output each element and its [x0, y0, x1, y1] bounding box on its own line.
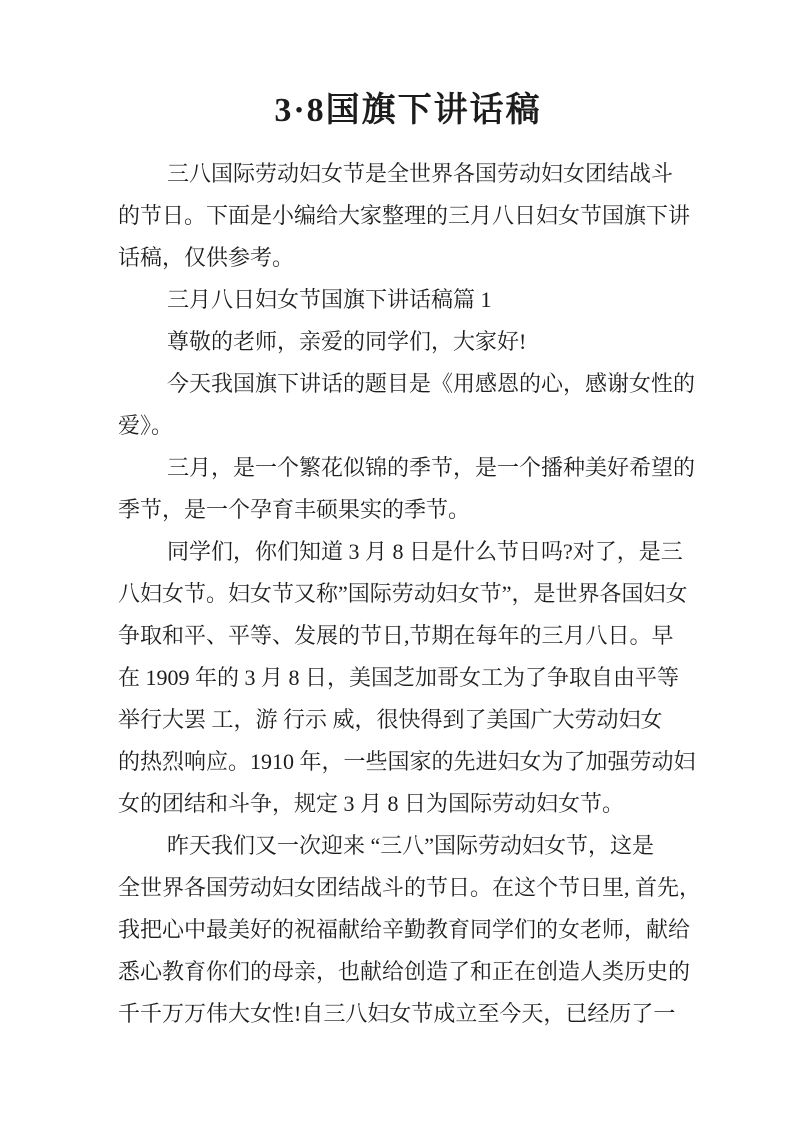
text-line: 全世界各国劳动妇女团结战斗的节日。在这个节日里, 首先， — [118, 867, 698, 909]
text-line: 昨天我们又一次迎来 “三八”国际劳动妇女节，这是 — [118, 825, 698, 867]
text-line: 八妇女节。妇女节又称”国际劳动妇女节”，是世界各国妇女 — [118, 573, 698, 615]
text-line: 三月八日妇女节国旗下讲话稿篇 1 — [118, 279, 698, 321]
text-line: 季节，是一个孕育丰硕果实的季节。 — [118, 489, 698, 531]
text-line: 争取和平、平等、发展的节日,节期在每年的三月八日。早 — [118, 615, 698, 657]
text-line: 千千万万伟大女性!自三八妇女节成立至今天，已经历了一 — [118, 993, 698, 1035]
text-line: 尊敬的老师，亲爱的同学们，大家好! — [118, 321, 698, 363]
text-line: 爱》。 — [118, 405, 698, 447]
document-page: 3·8国旗下讲话稿 三八国际劳动妇女节是全世界各国劳动妇女团结战斗的节日。下面是… — [0, 0, 793, 1122]
text-line: 三八国际劳动妇女节是全世界各国劳动妇女团结战斗 — [118, 153, 698, 195]
text-line: 在 1909 年的 3 月 8 日，美国芝加哥女工为了争取自由平等 — [118, 657, 698, 699]
text-line: 今天我国旗下讲话的题目是《用感恩的心，感谢女性的 — [118, 363, 698, 405]
text-line: 三月，是一个繁花似锦的季节，是一个播种美好希望的 — [118, 447, 698, 489]
document-body: 三八国际劳动妇女节是全世界各国劳动妇女团结战斗的节日。下面是小编给大家整理的三月… — [118, 153, 698, 1035]
text-line: 的节日。下面是小编给大家整理的三月八日妇女节国旗下讲 — [118, 195, 698, 237]
text-line: 话稿，仅供参考。 — [118, 237, 698, 279]
text-line: 悉心教育你们的母亲，也献给创造了和正在创造人类历史的 — [118, 951, 698, 993]
page-title: 3·8国旗下讲话稿 — [118, 88, 698, 134]
text-line: 同学们，你们知道 3 月 8 日是什么节日吗?对了，是三 — [118, 531, 698, 573]
text-line: 举行大罢 工，游 行示 威，很快得到了美国广大劳动妇女 — [118, 699, 698, 741]
text-line: 的热烈响应。1910 年，一些国家的先进妇女为了加强劳动妇 — [118, 741, 698, 783]
text-line: 我把心中最美好的祝福献给辛勤教育同学们的女老师，献给 — [118, 909, 698, 951]
text-line: 女的团结和斗争，规定 3 月 8 日为国际劳动妇女节。 — [118, 783, 698, 825]
